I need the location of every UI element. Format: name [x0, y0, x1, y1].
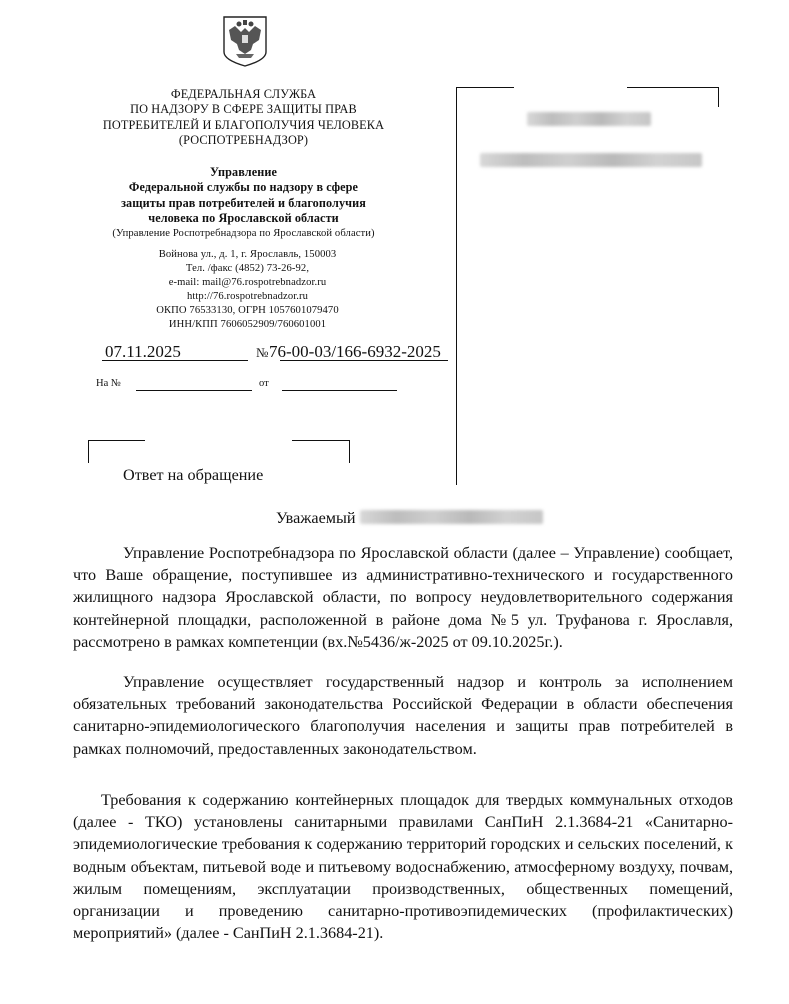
website: http://76.rospotrebnadzor.ru — [92, 290, 403, 304]
agency-line: ФЕДЕРАЛЬНАЯ СЛУЖБА — [85, 87, 402, 102]
number-underline — [280, 360, 448, 361]
russian-coat-of-arms-icon — [221, 14, 269, 68]
recipient-email — [480, 153, 702, 171]
registration-date: 07.11.2025 — [105, 342, 181, 362]
registration-number: 76-00-03/166-6932-2025 — [269, 342, 441, 362]
sender-contacts: Войнова ул., д. 1, г. Ярославль, 150003 … — [92, 248, 403, 331]
agency-name: ФЕДЕРАЛЬНАЯ СЛУЖБА ПО НАДЗОРУ В СФЕРЕ ЗА… — [85, 87, 402, 148]
email: e-mail: mail@76.rospotrebnadzor.ru — [92, 276, 403, 290]
recipient-name — [527, 112, 651, 130]
subject-bracket-top-left — [88, 440, 145, 441]
subject-bracket-left — [88, 440, 89, 463]
body-paragraph-3: Требования к содержанию контейнерных пло… — [73, 789, 733, 944]
greeting-prefix: Уважаемый — [276, 509, 356, 527]
department-name: Управление Федеральной службы по надзору… — [85, 165, 402, 227]
agency-line: (РОСПОТРЕБНАДЗОР) — [85, 133, 402, 148]
paragraph-text: Требования к содержанию контейнерных пло… — [73, 789, 733, 944]
body-paragraph-2: Управление осуществляет государственный … — [73, 671, 733, 760]
date-underline — [102, 360, 248, 361]
department-short-name: (Управление Роспотребнадзора по Ярославс… — [80, 226, 407, 241]
address: Войнова ул., д. 1, г. Ярославль, 150003 — [92, 248, 403, 262]
number-sign: № — [256, 345, 268, 361]
ref-number-label: На № — [96, 378, 121, 389]
coat-of-arms-emblem — [221, 14, 269, 68]
body-paragraph-1: Управление Роспотребнадзора по Ярославск… — [73, 542, 733, 653]
ref-date-label: от — [259, 378, 269, 389]
recipient-bracket-right — [718, 87, 719, 107]
subject-bracket-top-right — [292, 440, 349, 441]
redacted-recipient-email — [480, 153, 702, 167]
letter-subject: Ответ на обращение — [123, 466, 263, 485]
department-line: защиты прав потребителей и благополучия — [85, 196, 402, 211]
department-line: человека по Ярославской области — [85, 211, 402, 226]
ref-date-field — [282, 390, 397, 391]
registration-block: 07.11.2025 № 76-00-03/166-6932-2025 — [80, 336, 456, 366]
phone-fax: Тел. /факс (4852) 73-26-92, — [92, 262, 403, 276]
department-line: Управление — [85, 165, 402, 180]
recipient-bracket-left — [456, 87, 457, 485]
paragraph-text: Управление Роспотребнадзора по Ярославск… — [73, 542, 733, 653]
redacted-recipient-name — [527, 112, 651, 126]
ref-number-field — [136, 390, 252, 391]
agency-line: ПОТРЕБИТЕЛЕЙ И БЛАГОПОЛУЧИЯ ЧЕЛОВЕКА — [85, 118, 402, 133]
agency-line: ПО НАДЗОРУ В СФЕРЕ ЗАЩИТЫ ПРАВ — [85, 102, 402, 117]
recipient-bracket-top-right — [627, 87, 719, 88]
greeting: Уважаемый — [276, 509, 543, 528]
subject-bracket-right — [349, 440, 350, 463]
department-line: Федеральной службы по надзору в сфере — [85, 180, 402, 195]
redacted-recipient-full-name — [360, 510, 543, 524]
paragraph-text: Управление осуществляет государственный … — [73, 671, 733, 760]
recipient-bracket-top-left — [456, 87, 514, 88]
okpo-ogrn: ОКПО 76533130, ОГРН 1057601079470 — [92, 304, 403, 318]
inn-kpp: ИНН/КПП 7606052909/760601001 — [92, 318, 403, 332]
